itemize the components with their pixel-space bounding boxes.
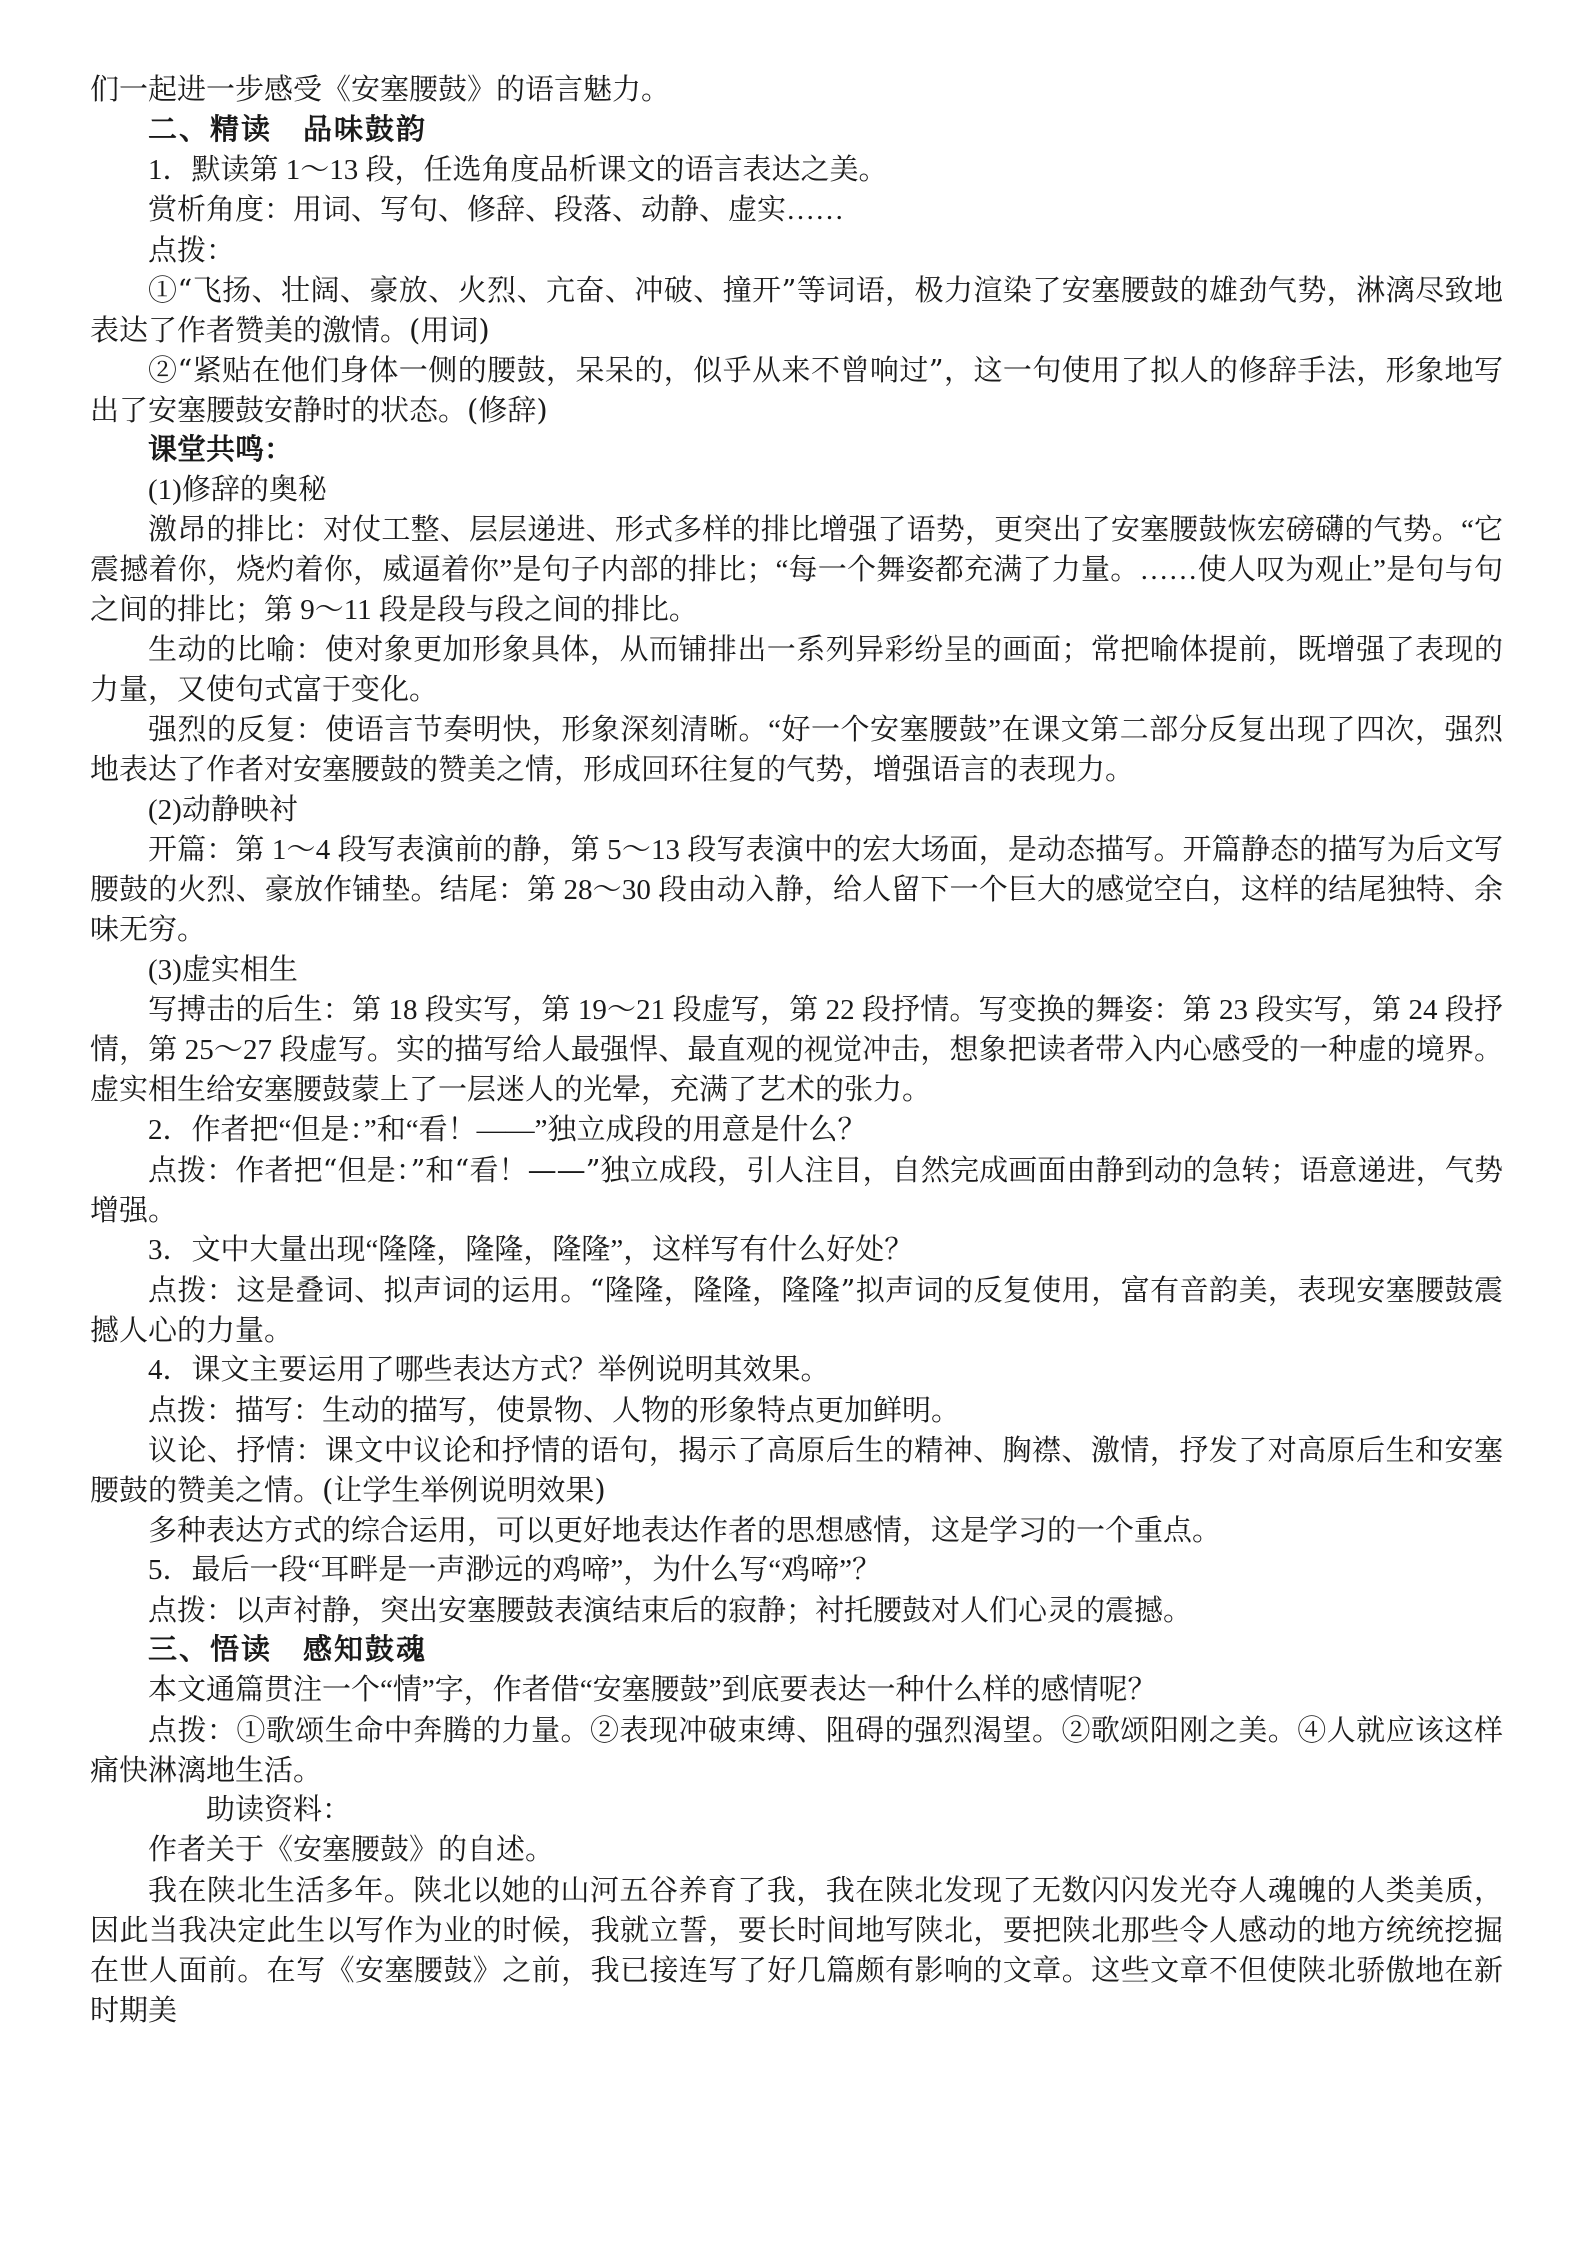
class-resonance-heading: 课堂共鸣： [90,430,1503,470]
dianbo-answer-rhetoric: ②“紧贴在他们身体一侧的腰鼓，呆呆的，似乎从来不曾响过”，这一句使用了拟人的修辞… [90,350,1503,430]
subsection-1-rhetoric-secret: (1)修辞的奥秘 [90,470,1503,510]
dianbo-answer-word-choice: ①“飞扬、壮阔、豪放、火烈、亢奋、冲破、撞开”等词语，极力渲染了安塞腰鼓的雄劲气… [90,270,1503,350]
subsection-2-motion-stillness: (2)动静映衬 [90,790,1503,830]
dianbo-answer-theme: 点拨：①歌颂生命中奔腾的力量。②表现冲破束缚、阻碍的强烈渴望。②歌颂阳刚之美。④… [90,1710,1503,1790]
section-heading-jingdu: 二、精读 品味鼓韵 [90,110,1503,150]
question-theme: 本文通篇贯注一个“情”字，作者借“安塞腰鼓”到底要表达一种什么样的感情呢？ [90,1670,1503,1710]
motion-stillness-analysis: 开篇：第 1～4 段写表演前的静，第 5～13 段写表演中的宏大场面，是动态描写… [90,830,1503,950]
question-4: 4．课文主要运用了哪些表达方式？举例说明其效果。 [90,1350,1503,1390]
question-3: 3．文中大量出现“隆隆，隆隆，隆隆”，这样写有什么好处？ [90,1230,1503,1270]
virtual-real-analysis: 写搏击的后生：第 18 段实写，第 19～21 段虚写，第 22 段抒情。写变换… [90,990,1503,1110]
parallelism-analysis: 激昂的排比：对仗工整、层层递进、形式多样的排比增强了语势，更突出了安塞腰鼓恢宏磅… [90,510,1503,630]
question-5: 5．最后一段“耳畔是一声渺远的鸡啼”，为什么写“鸡啼”？ [90,1550,1503,1590]
dianbo-answer-5: 点拨：以声衬静，突出安塞腰鼓表演结束后的寂静；衬托腰鼓对人们心灵的震撼。 [90,1590,1503,1630]
prev-page-continuation: 们一起进一步感受《安塞腰鼓》的语言魅力。 [90,70,1503,110]
subsection-3-virtual-real: (3)虚实相生 [90,950,1503,990]
dianbo-answer-4-summary: 多种表达方式的综合运用，可以更好地表达作者的思想感情，这是学习的一个重点。 [90,1510,1503,1550]
dianbo-answer-2: 点拨：作者把“但是：”和“看！——”独立成段，引人注目，自然完成画面由静到动的急… [90,1150,1503,1230]
repetition-analysis: 强烈的反复：使语言节奏明快，形象深刻清晰。“好一个安塞腰鼓”在课文第二部分反复出… [90,710,1503,790]
question-1: 1．默读第 1～13 段，任选角度品析课文的语言表达之美。 [90,150,1503,190]
question-2: 2．作者把“但是：”和“看！——”独立成段的用意是什么？ [90,1110,1503,1150]
document-page: 们一起进一步感受《安塞腰鼓》的语言魅力。二、精读 品味鼓韵1．默读第 1～13 … [0,0,1587,2245]
metaphor-analysis: 生动的比喻：使对象更加形象具体，从而铺排出一系列异彩纷呈的画面；常把喻体提前，既… [90,630,1503,710]
dianbo-answer-3: 点拨：这是叠词、拟声词的运用。“隆隆，隆隆，隆隆”拟声词的反复使用，富有音韵美，… [90,1270,1503,1350]
dianbo-answer-4-description: 点拨：描写：生动的描写，使景物、人物的形象特点更加鲜明。 [90,1390,1503,1430]
dianbo-label: 点拨： [90,230,1503,270]
document-content: 们一起进一步感受《安塞腰鼓》的语言魅力。二、精读 品味鼓韵1．默读第 1～13 … [90,70,1503,2030]
author-statement-body: 我在陕北生活多年。陕北以她的山河五谷养育了我，我在陕北发现了无数闪闪发光夺人魂魄… [90,1870,1503,2030]
analysis-angles: 赏析角度：用词、写句、修辞、段落、动静、虚实…… [90,190,1503,230]
section-heading-wudu: 三、悟读 感知鼓魂 [90,1630,1503,1670]
reading-aid-label: 助读资料： [90,1790,1503,1830]
dianbo-answer-4-discussion: 议论、抒情：课文中议论和抒情的语句，揭示了高原后生的精神、胸襟、激情，抒发了对高… [90,1430,1503,1510]
author-statement-title: 作者关于《安塞腰鼓》的自述。 [90,1830,1503,1870]
